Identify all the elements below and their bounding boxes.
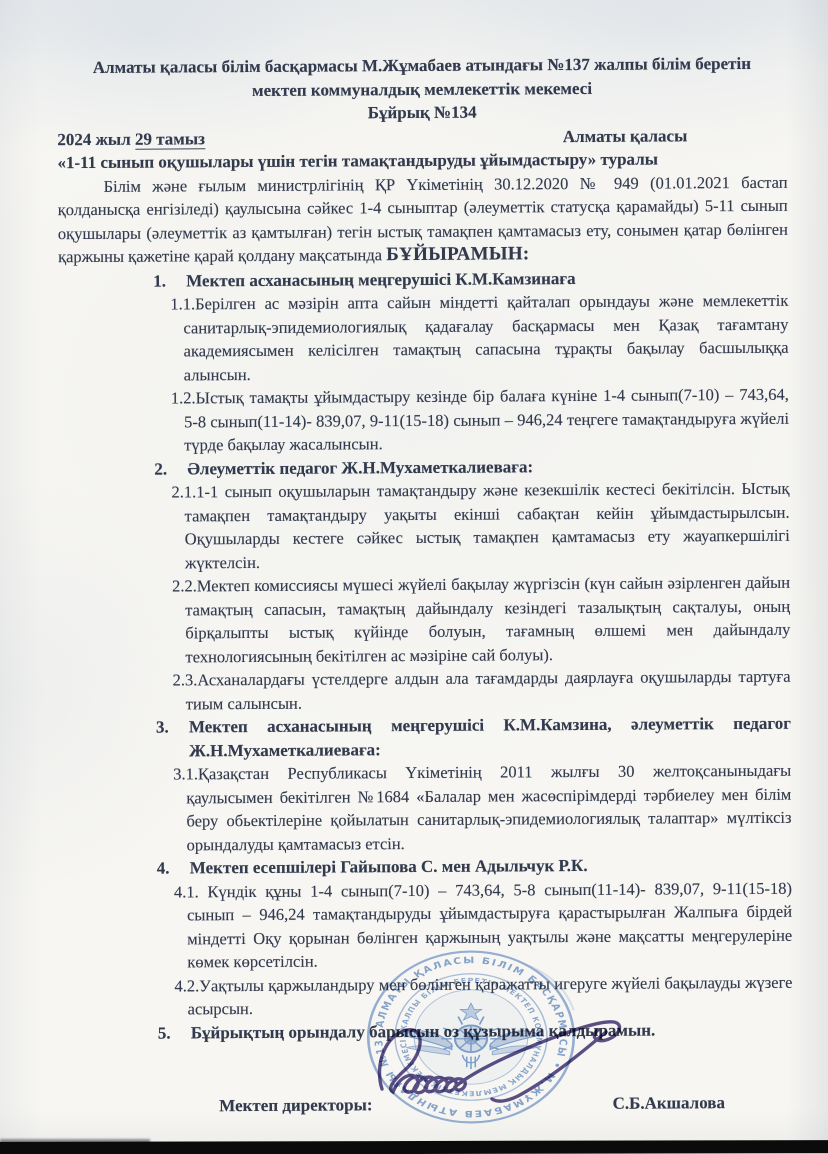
date-city-row: 2024 жыл 29 тамыз Алматы қаласы bbox=[57, 123, 787, 151]
order-date-year: 2024 жыл bbox=[57, 129, 135, 148]
item-3-1-number: 3.1. bbox=[173, 764, 198, 783]
item-2-2: 2.2.Мектеп комиссиясы мүшесі жүйелі бақы… bbox=[60, 571, 791, 669]
item-5-number: 5. bbox=[158, 1021, 191, 1045]
item-3-1-text: Қазақстан Республикасы Үкіметінің 2011 ж… bbox=[186, 761, 791, 854]
item-3-number: 3. bbox=[156, 715, 189, 739]
item-1-1-number: 1.1. bbox=[170, 294, 195, 313]
item-4-1: 4.1. Күндік құны 1-4 сынып(7-10) – 743,6… bbox=[62, 876, 793, 974]
item-4-title: Мектеп есепшілері Гайыпова С. мен Адыльч… bbox=[190, 856, 588, 877]
item-1-2-text: Ыстық тамақты ұйымдастыру кезінде бір ба… bbox=[184, 385, 789, 455]
item-4-2-text: Уақтылы қаржыландыру мен бөлінген қаража… bbox=[188, 972, 793, 1018]
order-items: 1.Мектеп асханасының меңгерушісі К.М.Кам… bbox=[58, 265, 793, 1045]
item-1-number: 1. bbox=[153, 269, 186, 293]
item-5-heading: 5.Бұйрықтың орындалу барысын оз құзырыма… bbox=[63, 1017, 793, 1045]
item-2-2-number: 2.2. bbox=[172, 576, 197, 595]
order-date: 2024 жыл 29 тамыз bbox=[57, 127, 205, 151]
item-1-2: 1.2.Ыстық тамақты ұйымдастыру кезінде бі… bbox=[59, 383, 789, 458]
item-1-title: Мектеп асханасының меңгерушісі К.М.Камзи… bbox=[186, 269, 576, 290]
item-4-1-text: Күндік құны 1-4 сынып(7-10) – 743,64, 5-… bbox=[187, 878, 792, 971]
item-2-1-text: 1-1 сынып оқушыларын тамақтандыру және к… bbox=[185, 479, 790, 572]
item-1-1: 1.1.Берілген ас мәзірін апта сайын мінде… bbox=[58, 289, 789, 387]
item-5-title: Бұйрықтың орындалу барысын оз құзырыма қ… bbox=[191, 1020, 656, 1042]
order-number-title: Бұйрық №134 bbox=[57, 99, 787, 127]
item-1-1-text: Берілген ас мәзірін апта сайын міндетті … bbox=[183, 291, 788, 384]
item-4-1-number: 4.1. bbox=[174, 882, 208, 901]
signature-row: Мектеп директоры: С.Б.Акшалова bbox=[63, 1091, 793, 1119]
item-2-title: Әлеуметтік педагог Ж.Н.Мухаметкалиеваға: bbox=[187, 457, 533, 478]
item-2-3-text: Асханалардағы үстелдерге алдын ала тағам… bbox=[186, 667, 791, 713]
item-4-2-number: 4.2. bbox=[174, 976, 199, 995]
item-2-number: 2. bbox=[154, 457, 187, 481]
item-3-heading: 3.Мектеп асханасының меңгерушісі К.М.Кам… bbox=[61, 712, 791, 763]
item-2-1-number: 2.1. bbox=[171, 482, 196, 501]
item-4-2: 4.2.Уақтылы қаржыландыру мен бөлінген қа… bbox=[62, 970, 792, 1021]
order-city: Алматы қаласы bbox=[563, 124, 688, 148]
intro-paragraph: Білім және ғылым министрлігінің ҚР Үкіме… bbox=[58, 170, 789, 268]
item-2-3: 2.3.Асханалардағы үстелдерге алдын ала т… bbox=[61, 665, 791, 716]
org-title-line1: Алматы қаласы білім басқармасы М.Жұмабае… bbox=[57, 52, 787, 80]
scanned-order-document: { "document": { "header": { "line1": "Ал… bbox=[0, 0, 828, 1154]
scan-edge-artifact bbox=[0, 1140, 828, 1154]
item-2-3-number: 2.3. bbox=[173, 670, 198, 689]
item-1-2-number: 1.2. bbox=[171, 388, 196, 407]
item-3-title: Мектеп асханасының меңгерушісі К.М.Камзи… bbox=[189, 714, 791, 760]
order-date-day-month: 29 тамыз bbox=[135, 129, 205, 149]
item-4-number: 4. bbox=[157, 856, 190, 880]
decree-word: БҰЙЫРАМЫН: bbox=[386, 243, 529, 265]
item-2-1: 2.1.1-1 сынып оқушыларын тамақтандыру жә… bbox=[59, 477, 790, 575]
item-3-1: 3.1.Қазақстан Республикасы Үкіметінің 20… bbox=[61, 759, 792, 857]
document-page: Алматы қаласы білім басқармасы М.Жұмабае… bbox=[0, 0, 828, 1154]
director-label: Мектеп директоры: bbox=[219, 1093, 372, 1117]
director-name: С.Б.Акшалова bbox=[612, 1091, 725, 1115]
item-2-2-text: Мектеп комиссиясы мүшесі жүйелі бақылау … bbox=[185, 573, 790, 666]
